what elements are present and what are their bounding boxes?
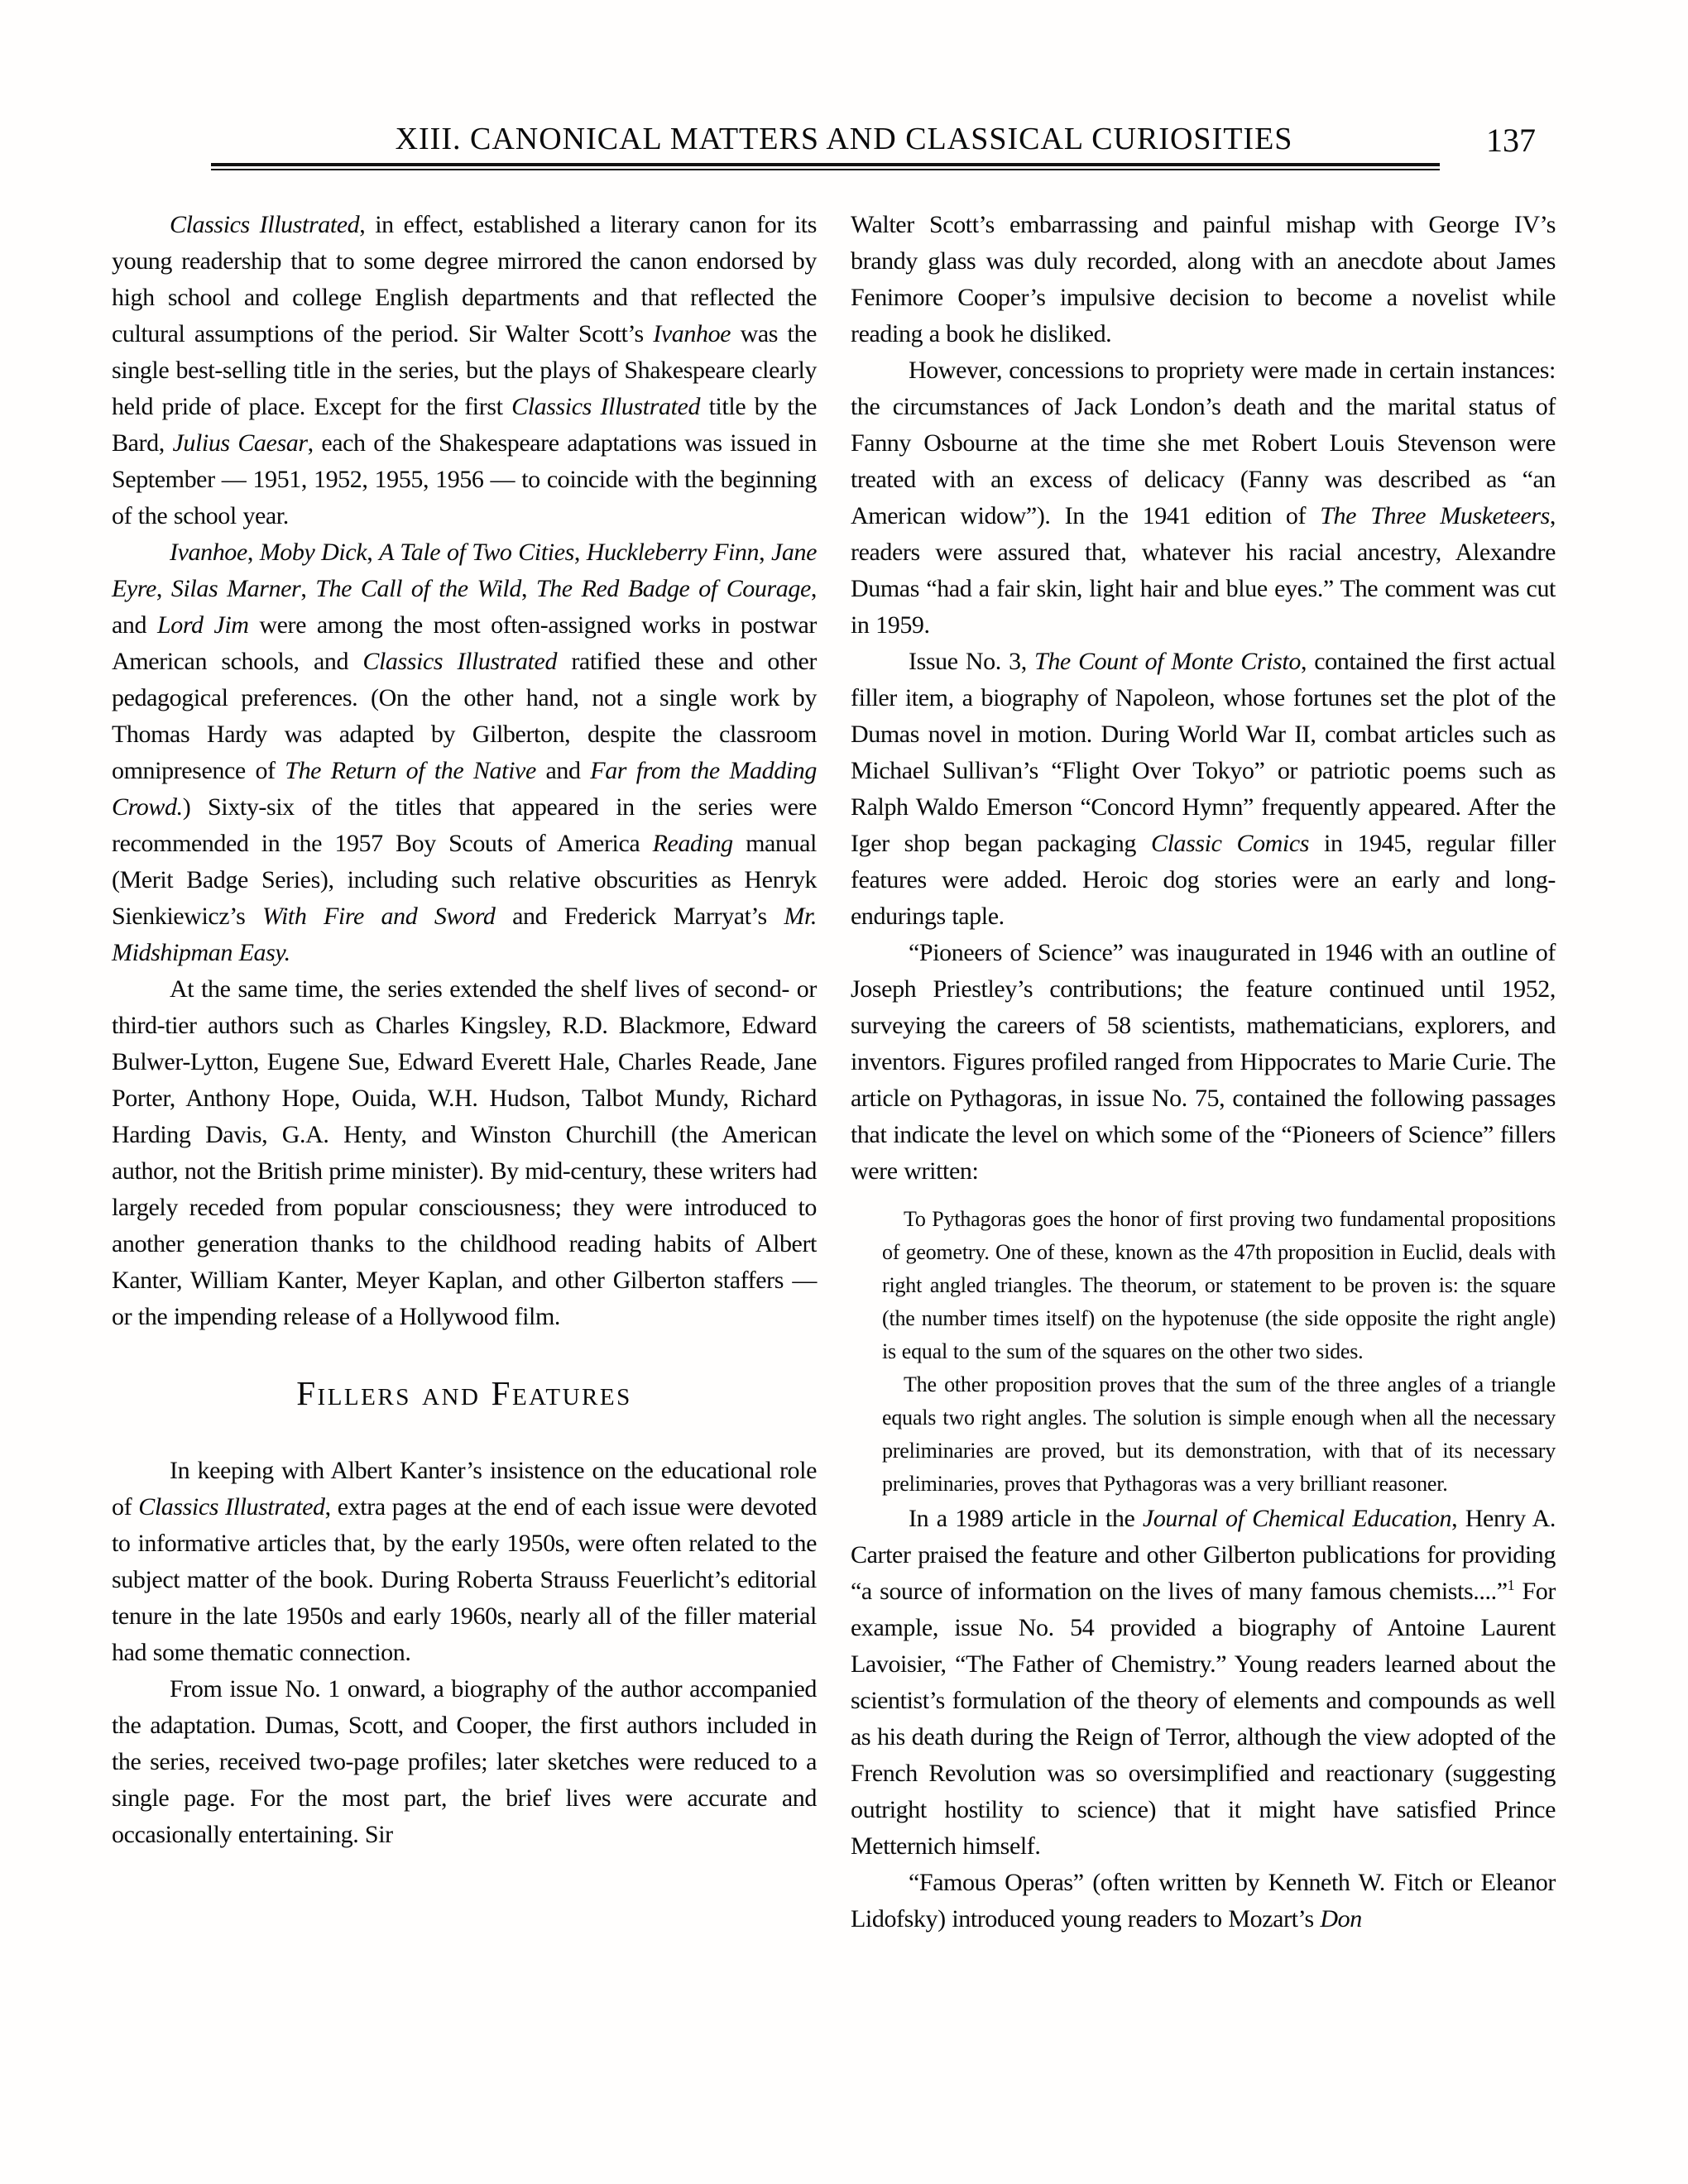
paragraph: However, concessions to propriety were m… (851, 352, 1556, 644)
right-column: Walter Scott’s embarrassing and painful … (851, 207, 1556, 1937)
text-run: , contained the first actual filler item… (851, 648, 1556, 857)
italic-text-run: The Return of the Native (285, 757, 536, 784)
italic-text-run: Classic Comics (1151, 830, 1309, 857)
text-run: From issue No. 1 onward, a biography of … (112, 1675, 817, 1848)
text-run: , (156, 575, 171, 602)
text-run: For example, issue No. 54 provided a bio… (851, 1578, 1556, 1860)
text-run: , (247, 539, 260, 566)
italic-text-run: Silas Marner (171, 575, 300, 602)
paragraph: “Pioneers of Science” was inaugurated in… (851, 935, 1556, 1190)
italic-text-run: Journal of Chemical Education (1143, 1505, 1451, 1532)
text-run: The other proposition proves that the su… (882, 1372, 1556, 1496)
page-number: 137 (1486, 121, 1536, 160)
text-run: , (574, 539, 587, 566)
text-run: Issue No. 3, (909, 648, 1034, 675)
paragraph: In a 1989 article in the Journal of Chem… (851, 1501, 1556, 1865)
quote-paragraph: The other proposition proves that the su… (882, 1368, 1556, 1501)
text-run: “Pioneers of Science” was inaugurated in… (851, 939, 1556, 1185)
section-heading: Fillers and Features (112, 1373, 817, 1413)
text-run: , (300, 575, 315, 602)
italic-text-run: Classics Illustrated (511, 393, 700, 420)
text-run: At the same time, the series extended th… (112, 975, 817, 1330)
italic-text-run: Huckleberry Finn (587, 539, 759, 566)
paragraph: At the same time, the series extended th… (112, 971, 817, 1335)
italic-text-run: Moby Dick (260, 539, 367, 566)
italic-text-run: The Call of the Wild (315, 575, 521, 602)
italic-text-run: A Tale of Two Cities (379, 539, 574, 566)
text-run: and (536, 757, 590, 784)
quote-paragraph: To Pythagoras goes the honor of first pr… (882, 1203, 1556, 1368)
paragraph: Ivanhoe, Moby Dick, A Tale of Two Cities… (112, 534, 817, 971)
text-run: To Pythagoras goes the honor of first pr… (882, 1207, 1556, 1363)
paragraph: Walter Scott’s embarrassing and painful … (851, 207, 1556, 352)
italic-text-run: The Red Badge of Courage (536, 575, 811, 602)
paragraph: Issue No. 3, The Count of Monte Cristo, … (851, 644, 1556, 935)
italic-text-run: Ivanhoe (653, 320, 731, 347)
paragraph: Classics Illustrated, in effect, establi… (112, 207, 817, 534)
left-column: Classics Illustrated, in effect, establi… (112, 207, 817, 1853)
text-run: , (521, 575, 536, 602)
paragraph: From issue No. 1 onward, a biography of … (112, 1671, 817, 1853)
text-run: “Famous Operas” (often written by Kennet… (851, 1869, 1556, 1933)
text-run: , (759, 539, 771, 566)
running-header-title: XIII. CANONICAL MATTERS AND CLASSICAL CU… (17, 121, 1671, 157)
paragraph: In keeping with Albert Kanter’s insisten… (112, 1453, 817, 1671)
text-run: , (367, 539, 379, 566)
italic-text-run: Don (1320, 1905, 1361, 1933)
italic-text-run: Classics Illustrated (362, 648, 557, 675)
italic-text-run: Classics Illustrated (138, 1493, 324, 1521)
text-run: and Frederick Marryat’s (496, 903, 784, 930)
paragraph: “Famous Operas” (often written by Kennet… (851, 1865, 1556, 1937)
italic-text-run: Reading (653, 830, 733, 857)
text-run: Walter Scott’s embarrassing and painful … (851, 211, 1556, 347)
text-run: In a 1989 article in the (909, 1505, 1143, 1532)
book-page: XIII. CANONICAL MATTERS AND CLASSICAL CU… (0, 0, 1688, 2184)
italic-text-run: Julius Caesar (172, 429, 307, 457)
italic-text-run: Ivanhoe (170, 539, 247, 566)
italic-text-run: Lord Jim (157, 611, 249, 639)
italic-text-run: With Fire and Sword (262, 903, 495, 930)
italic-text-run: The Three Musketeers (1320, 502, 1550, 529)
footnote-reference: 1 (1508, 1577, 1515, 1593)
italic-text-run: The Count of Monte Cristo (1034, 648, 1301, 675)
italic-text-run: Classics Illustrated (170, 211, 359, 238)
header-rule (211, 163, 1440, 170)
